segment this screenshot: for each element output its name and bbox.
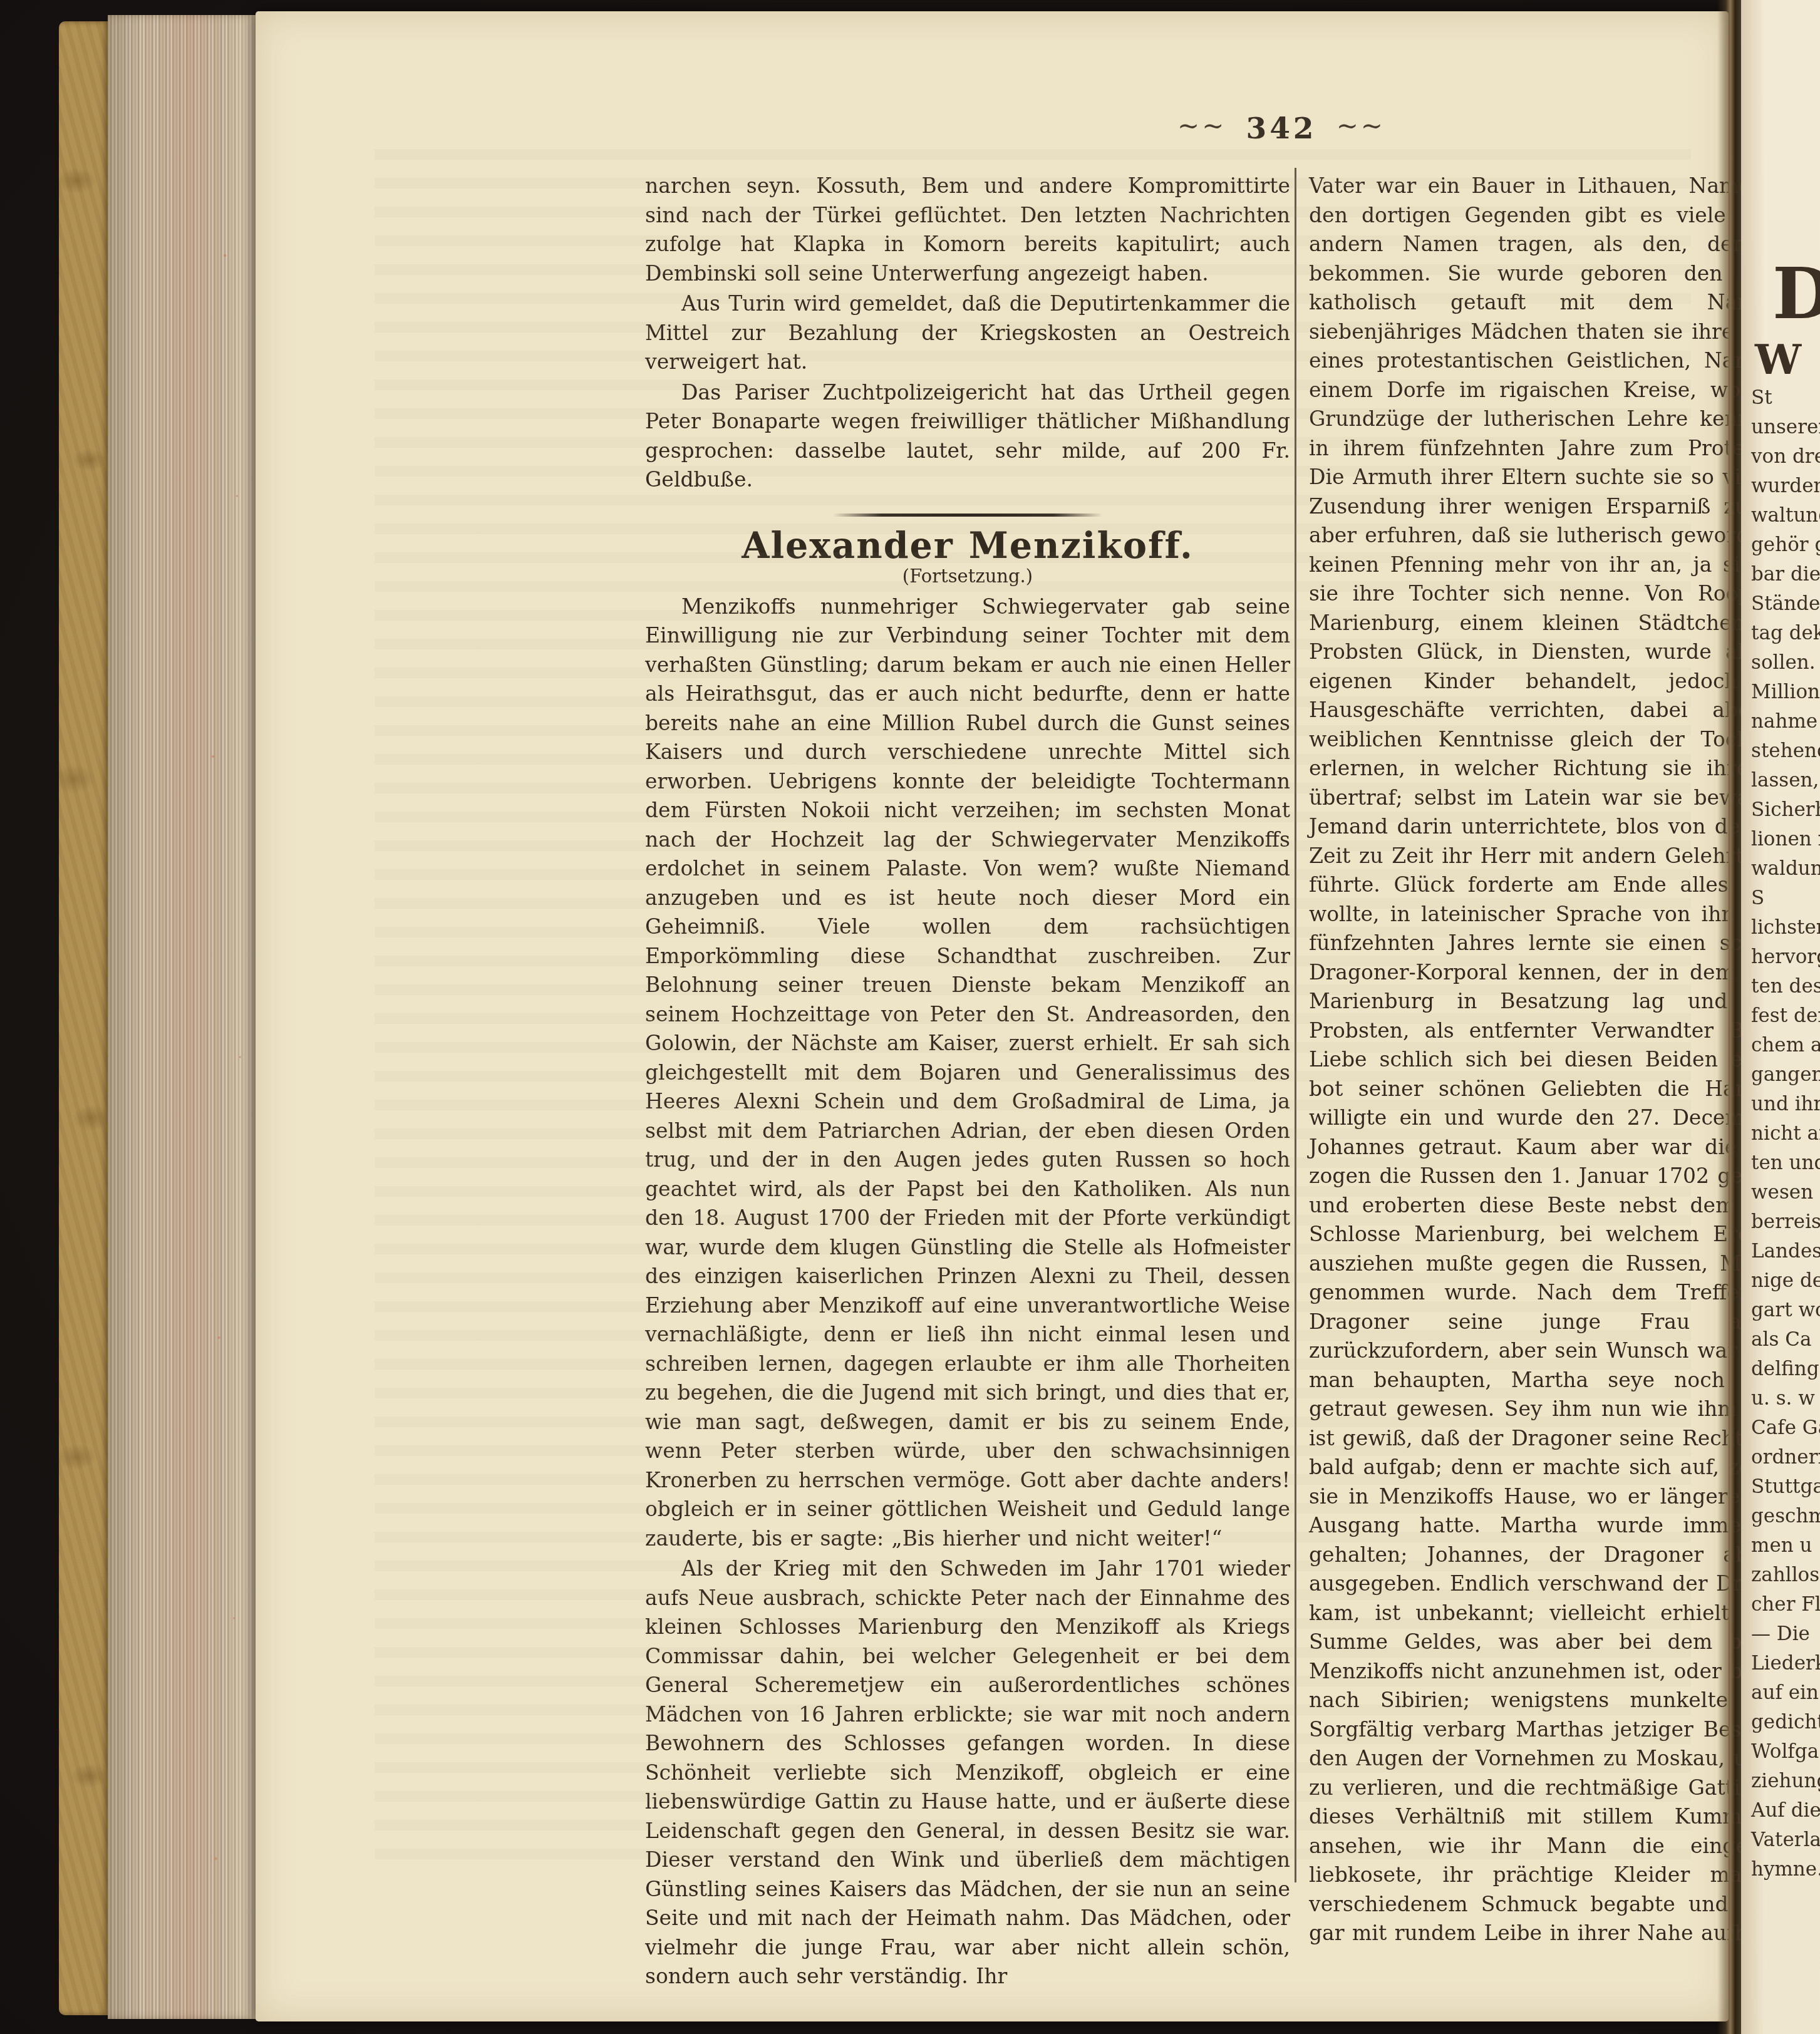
- line-fragment: ordnern: [1751, 1443, 1820, 1472]
- line-fragment: nicht an: [1751, 1119, 1820, 1149]
- line-fragment: und ihr: [1751, 1090, 1820, 1119]
- next-page-sliver: D W Stunserervon drewurdenwaltunggehör g…: [1741, 0, 1820, 2034]
- line-fragment: u. s. w: [1751, 1384, 1820, 1413]
- article-paragraph: Menzikoffs nunmehriger Schwiegervater ga…: [645, 592, 1290, 1554]
- line-fragment: Ständek: [1751, 589, 1820, 619]
- line-fragment: Wolfga: [1751, 1737, 1820, 1767]
- line-fragment: als Ca: [1751, 1325, 1820, 1355]
- line-fragment: ziehung: [1751, 1767, 1820, 1796]
- line-fragment: — Die: [1751, 1619, 1820, 1649]
- line-fragment: stehender: [1751, 736, 1820, 766]
- line-fragment: Liederkr: [1751, 1649, 1820, 1678]
- news-paragraph: narchen seyn. Kossuth, Bem und andere Ko…: [645, 172, 1290, 288]
- next-page-drop-cap-w: W: [1751, 336, 1820, 383]
- line-fragment: men u: [1751, 1531, 1820, 1561]
- line-fragment: gedichte: [1751, 1708, 1820, 1737]
- stacked-page-edges: [108, 15, 258, 2019]
- line-fragment: wesen r: [1751, 1178, 1820, 1207]
- line-fragment: nige der: [1751, 1266, 1820, 1296]
- article-title: Alexander Menzikoff.: [645, 532, 1290, 561]
- article-body-left: Menzikoffs nunmehriger Schwiegervater ga…: [645, 592, 1290, 1991]
- line-fragment: wurden: [1751, 472, 1820, 501]
- line-fragment: chem a: [1751, 1031, 1820, 1060]
- line-fragment: Cafe Ga: [1751, 1413, 1820, 1443]
- line-fragment: ten des: [1751, 972, 1820, 1001]
- line-fragment: fest der: [1751, 1001, 1820, 1031]
- line-fragment: lichsten,: [1751, 913, 1820, 942]
- line-fragment: sollen.: [1751, 648, 1820, 678]
- next-page-line-fragments: Stunserervon drewurdenwaltunggehör gebar…: [1751, 383, 1820, 1884]
- line-fragment: cher Fl: [1751, 1590, 1820, 1619]
- line-fragment: gangen: [1751, 1060, 1820, 1090]
- page-surface: ~~ 342 ~~ narchen seyn. Kossuth, Bem und…: [256, 11, 1729, 2021]
- line-fragment: waltung: [1751, 501, 1820, 530]
- line-fragment: Sicherh: [1751, 795, 1820, 825]
- book-cover-edge: [59, 21, 109, 2015]
- article-paragraph: Als der Krieg mit den Schweden im Jahr 1…: [645, 1554, 1290, 1991]
- line-fragment: unserer: [1751, 413, 1820, 442]
- news-section: narchen seyn. Kossuth, Bem und andere Ko…: [645, 172, 1290, 495]
- line-fragment: delfinge: [1751, 1355, 1820, 1384]
- binding-gutter-shadow: [1717, 0, 1741, 2034]
- line-fragment: ten und: [1751, 1149, 1820, 1178]
- line-fragment: waldung: [1751, 854, 1820, 884]
- line-fragment: St: [1751, 383, 1820, 413]
- line-fragment: lassen,: [1751, 766, 1820, 795]
- scanned-book-page-photo: ~~ 342 ~~ narchen seyn. Kossuth, Bem und…: [0, 0, 1820, 2034]
- line-fragment: auf ein: [1751, 1678, 1820, 1708]
- line-fragment: S: [1751, 884, 1820, 913]
- page-number: 342: [1246, 111, 1316, 146]
- next-page-drop-cap-d: D: [1751, 253, 1820, 336]
- line-fragment: Landes: [1751, 1237, 1820, 1266]
- line-fragment: hervorg: [1751, 942, 1820, 972]
- line-fragment: hymne.: [1751, 1855, 1820, 1884]
- line-fragment: lionen r: [1751, 825, 1820, 854]
- news-paragraph: Das Pariser Zuchtpolizeigericht hat das …: [645, 378, 1290, 495]
- line-fragment: bar die: [1751, 560, 1820, 589]
- line-fragment: von dre: [1751, 442, 1820, 472]
- next-page-partial-text: D W Stunserervon drewurdenwaltunggehör g…: [1751, 253, 1820, 1884]
- line-fragment: Auf die: [1751, 1796, 1820, 1825]
- header-ornament-left: ~~: [1177, 110, 1226, 141]
- left-column: narchen seyn. Kossuth, Bem und andere Ko…: [645, 172, 1290, 1993]
- line-fragment: zahllose: [1751, 1561, 1820, 1590]
- line-fragment: geschmü: [1751, 1502, 1820, 1531]
- line-fragment: tag dekr: [1751, 619, 1820, 648]
- line-fragment: nahme l: [1751, 707, 1820, 736]
- page-header: ~~ 342 ~~: [1137, 110, 1425, 146]
- news-paragraph: Aus Turin wird gemeldet, daß die Deputir…: [645, 289, 1290, 377]
- line-fragment: Stuttga: [1751, 1472, 1820, 1502]
- column-divider-rule: [1295, 168, 1296, 1882]
- line-fragment: gehör ge: [1751, 530, 1820, 560]
- line-fragment: Vaterla: [1751, 1825, 1820, 1855]
- line-fragment: berreise: [1751, 1207, 1820, 1237]
- line-fragment: Million: [1751, 678, 1820, 707]
- header-ornament-right: ~~: [1337, 110, 1385, 141]
- line-fragment: gart wo: [1751, 1296, 1820, 1325]
- section-divider-rule: [833, 514, 1102, 517]
